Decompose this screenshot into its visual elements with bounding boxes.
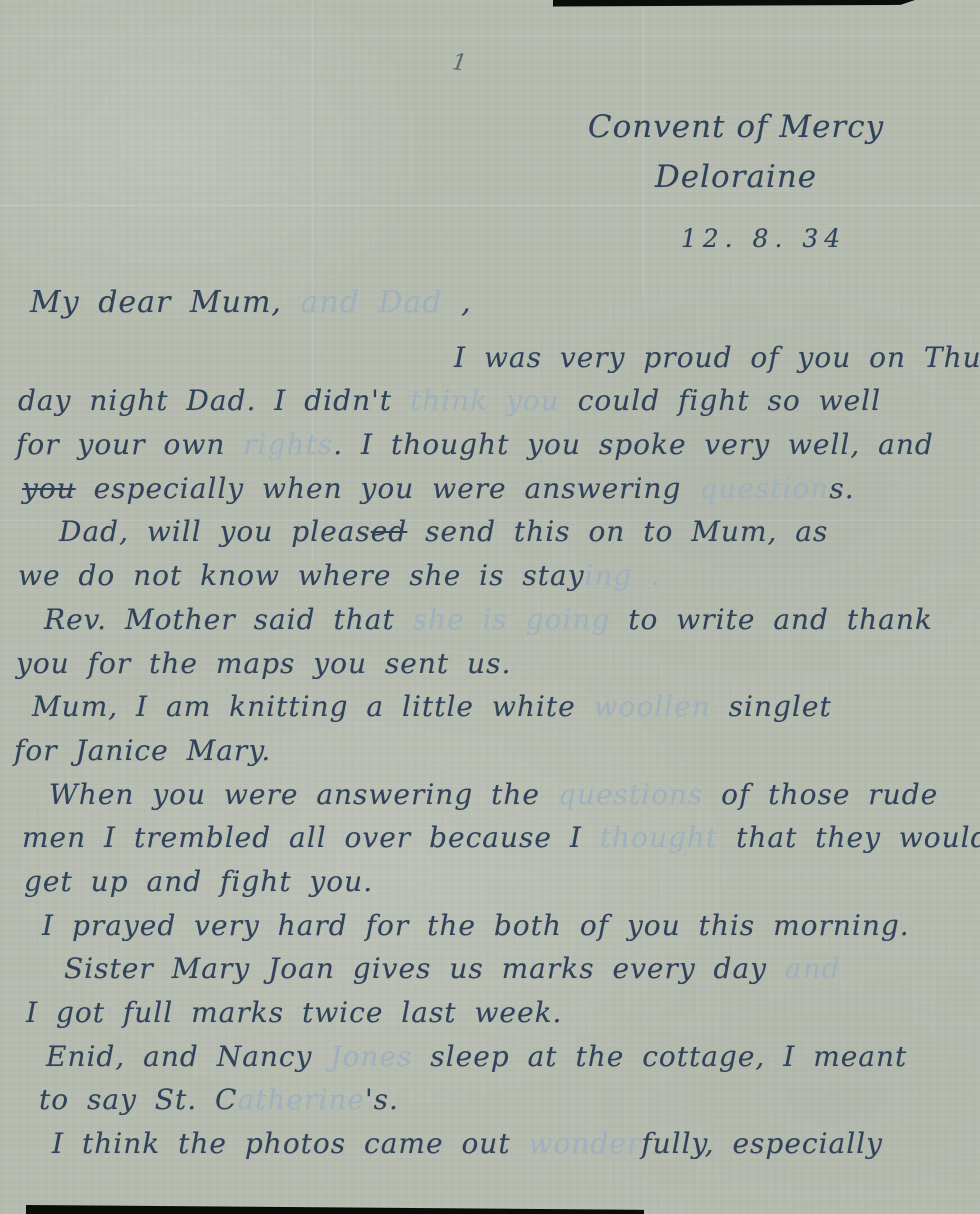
letter-text-segment: men I trembled all over because I bbox=[22, 821, 600, 854]
letter-text-segment: I prayed very hard for the both of you t… bbox=[42, 909, 910, 942]
letter-text-segment: ing . bbox=[585, 559, 661, 592]
letter-text-segment: that they would bbox=[718, 821, 980, 854]
letter-text-segment: I think the photos came out bbox=[52, 1127, 529, 1160]
letter-text-segment: rights bbox=[243, 428, 333, 461]
letter-text-segment: for your own bbox=[16, 428, 243, 461]
letter-text-segment: you for the maps you sent us. bbox=[16, 647, 511, 680]
letter-text-segment: , bbox=[443, 285, 472, 320]
letter-line: to say St. Catherine's. bbox=[14, 1078, 976, 1122]
letter-text-segment: to write and thank bbox=[610, 603, 932, 636]
letter-text-segment: woollen bbox=[594, 690, 711, 723]
letter-line: for your own rights. I thought you spoke… bbox=[14, 423, 976, 467]
letter-text-segment: could fight so well bbox=[560, 384, 881, 417]
letter-line: When you were answering the questions of… bbox=[14, 773, 976, 817]
letter-text-segment: . I thought you spoke very well, and bbox=[333, 428, 934, 461]
letter-text-segment: Enid, and Nancy bbox=[46, 1040, 330, 1073]
letter-text-segment: When you were answering the bbox=[49, 778, 558, 811]
letter-line: Enid, and Nancy Jones sleep at the cotta… bbox=[14, 1035, 976, 1079]
letter-text-segment: send this on to Mum, as bbox=[407, 515, 828, 548]
letter-line: I think the photos came out wonderfully,… bbox=[14, 1122, 976, 1166]
letter-text-segment: 's. bbox=[365, 1083, 399, 1116]
letter-line: My dear Mum, and Dad , bbox=[14, 281, 976, 325]
letter-line: I prayed very hard for the both of you t… bbox=[14, 904, 976, 948]
letter-text-segment: Mum, I am knitting a little white bbox=[32, 690, 594, 723]
letter-text-segment: we do not know where she is stay bbox=[18, 559, 585, 592]
letter-text-segment: sleep at the cottage, I meant bbox=[412, 1040, 907, 1073]
letter-text-segment: singlet bbox=[711, 690, 832, 723]
fold-crease-horizontal bbox=[0, 35, 980, 37]
letter-text-segment: she is going bbox=[413, 603, 611, 636]
letter-text-segment: questions bbox=[558, 778, 703, 811]
letter-text-segment: Jones bbox=[330, 1040, 412, 1073]
letter-body: My dear Mum, and Dad ,I was very proud o… bbox=[14, 281, 976, 1166]
letter-text-segment: and bbox=[785, 952, 841, 985]
letter-line: I got full marks twice last week. bbox=[14, 991, 976, 1035]
letterhead-place: Deloraine bbox=[540, 152, 932, 202]
letter-line: men I trembled all over because I though… bbox=[14, 816, 976, 860]
letter-text-segment: thought bbox=[600, 821, 718, 854]
letter-line: we do not know where she is staying . bbox=[14, 554, 976, 598]
letter-line: day night Dad. I didn't think you could … bbox=[14, 379, 976, 423]
letter-text-segment: I was very proud of you on Thurs bbox=[454, 341, 980, 374]
letter-text-segment: get up and fight you. bbox=[24, 865, 373, 898]
letter-line: you especially when you were answering q… bbox=[14, 467, 976, 511]
letter-text-segment: of those rude bbox=[703, 778, 938, 811]
letter-text-segment: day night Dad. I didn't bbox=[18, 384, 410, 417]
letter-text-segment: and Dad bbox=[300, 285, 442, 320]
letter-text-segment: Rev. Mother said that bbox=[44, 603, 413, 636]
letterhead: Convent of Mercy Deloraine 12. 8. 34 bbox=[540, 102, 932, 264]
letter-text-segment: atherine bbox=[237, 1083, 365, 1116]
letter-line: get up and fight you. bbox=[14, 860, 976, 904]
letter-text-segment: My dear Mum, bbox=[30, 285, 300, 320]
letter-line: you for the maps you sent us. bbox=[14, 642, 976, 686]
letter-text-segment: Dad, will you pleas bbox=[59, 515, 371, 548]
letter-text-segment: think you bbox=[410, 384, 560, 417]
letter-text-segment: fully, especially bbox=[641, 1127, 883, 1160]
letter-text-segment: for Janice Mary. bbox=[14, 734, 271, 767]
letter-text-segment: I got full marks twice last week. bbox=[26, 996, 562, 1029]
letter-text-segment: you bbox=[22, 472, 76, 505]
letter-line: Sister Mary Joan gives us marks every da… bbox=[14, 947, 976, 991]
letter-text-segment: Sister Mary Joan gives us marks every da… bbox=[64, 952, 785, 985]
letter-line: for Janice Mary. bbox=[14, 729, 976, 773]
letter-text-segment: to say St. C bbox=[39, 1083, 237, 1116]
letter-text-segment: especially when you were answering bbox=[76, 472, 700, 505]
letter-text-segment: s. bbox=[829, 472, 854, 505]
letterhead-org: Convent of Mercy bbox=[540, 102, 932, 152]
letter-text-segment: wonder bbox=[529, 1127, 642, 1160]
letterhead-date: 12. 8. 34 bbox=[540, 214, 932, 264]
letter-text-segment: question bbox=[699, 472, 829, 505]
letter-line: Rev. Mother said that she is going to wr… bbox=[14, 598, 976, 642]
letter-line: Dad, will you pleased send this on to Mu… bbox=[14, 510, 976, 554]
letter-line: Mum, I am knitting a little white woolle… bbox=[14, 685, 976, 729]
letter-text-segment: ed bbox=[371, 515, 408, 548]
letter-line: I was very proud of you on Thurs bbox=[14, 336, 976, 380]
